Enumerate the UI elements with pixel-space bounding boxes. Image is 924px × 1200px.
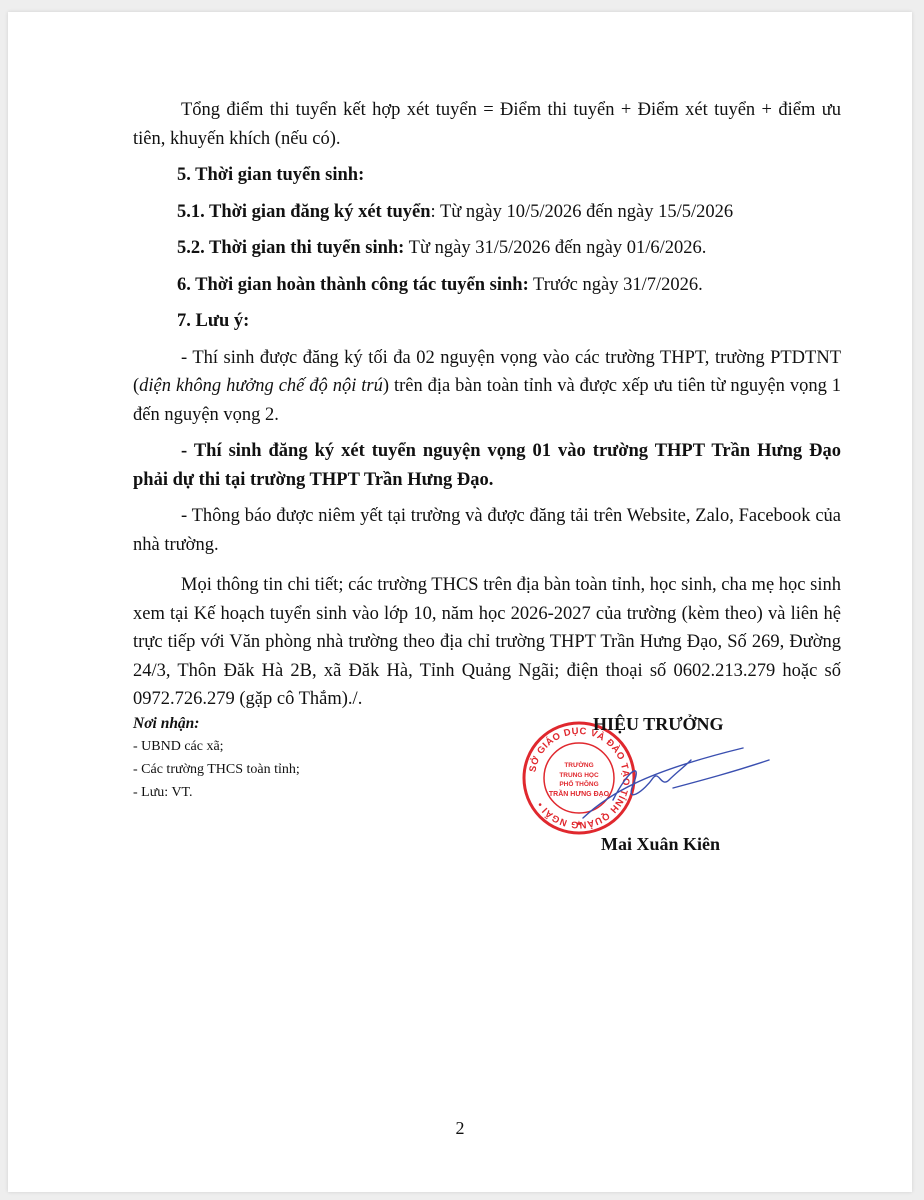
note-2: - Thí sinh đăng ký xét tuyển nguyện vọng… <box>133 437 841 494</box>
section-6-value: Trước ngày 31/7/2026. <box>529 275 703 295</box>
section-5-1: 5.1. Thời gian đăng ký xét tuyển: Từ ngà… <box>133 198 841 227</box>
note-1-italic: diện không hưởng chế độ nội trú <box>139 376 383 396</box>
recipient-item: - UBND các xã; <box>133 735 300 758</box>
note-1: - Thí sinh được đăng ký tối đa 02 nguyện… <box>133 344 841 430</box>
signature-block: SỞ GIÁO DỤC VÀ ĐÀO TẠO TỈNH QUẢNG NGÃI •… <box>513 710 773 860</box>
contact-paragraph: Mọi thông tin chi tiết; các trường THCS … <box>133 571 841 714</box>
total-score-paragraph: Tổng điểm thi tuyển kết hợp xét tuyển = … <box>133 96 841 153</box>
note-3: - Thông báo được niêm yết tại trường và … <box>133 502 841 559</box>
handwritten-signature-icon <box>573 730 773 820</box>
section-5-heading: 5. Thời gian tuyển sinh: <box>133 161 841 190</box>
recipients-block: Nơi nhận: - UBND các xã; - Các trường TH… <box>133 712 300 804</box>
svg-text:★: ★ <box>575 819 582 828</box>
section-5-2: 5.2. Thời gian thi tuyển sinh: Từ ngày 3… <box>133 234 841 263</box>
document-page: Tổng điểm thi tuyển kết hợp xét tuyển = … <box>8 12 912 1192</box>
section-5-2-label: 5.2. Thời gian thi tuyển sinh: <box>177 238 404 258</box>
section-6-label: 6. Thời gian hoàn thành công tác tuyển s… <box>177 275 529 295</box>
page-number: 2 <box>8 1118 912 1139</box>
signatory-name: Mai Xuân Kiên <box>601 834 720 855</box>
section-5-2-value: Từ ngày 31/5/2026 đến ngày 01/6/2026. <box>404 238 706 258</box>
recipient-item: - Lưu: VT. <box>133 781 300 804</box>
section-5-1-label: 5.1. Thời gian đăng ký xét tuyển <box>177 202 431 222</box>
recipients-title: Nơi nhận: <box>133 712 300 735</box>
section-5-1-value: : Từ ngày 10/5/2026 đến ngày 15/5/2026 <box>431 202 734 222</box>
document-body: Tổng điểm thi tuyển kết hợp xét tuyển = … <box>133 96 841 714</box>
section-7-heading: 7. Lưu ý: <box>133 307 841 336</box>
section-6: 6. Thời gian hoàn thành công tác tuyển s… <box>133 271 841 300</box>
recipient-item: - Các trường THCS toàn tỉnh; <box>133 758 300 781</box>
